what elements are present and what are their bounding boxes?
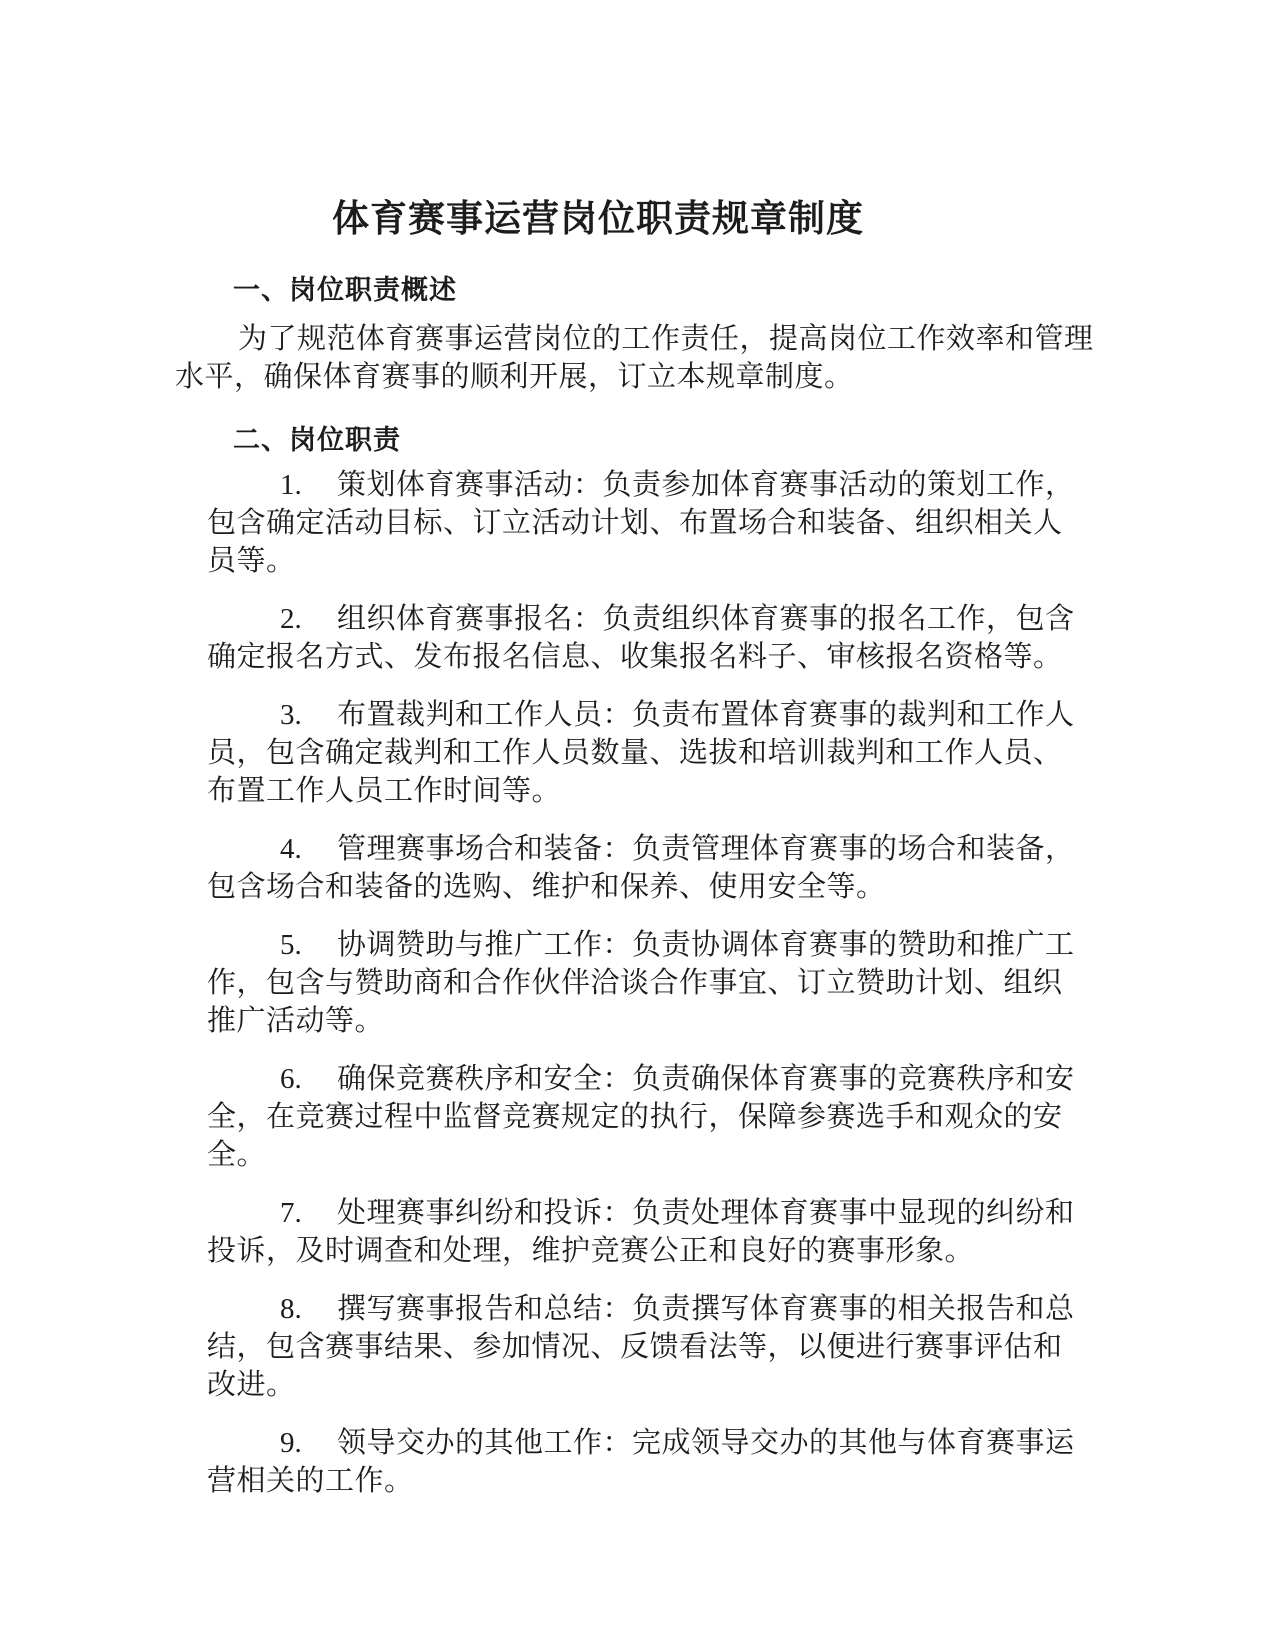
duty-item-1-number: 1. (280, 466, 337, 504)
duty-item-5: 5.协调赞助与推广工作：负责协调体育赛事的赞助和推广工 作，包含与赞助商和合作伙… (207, 926, 1135, 1040)
document-title: 体育赛事运营岗位职责规章制度 (175, 196, 1021, 244)
duty-item-1: 1.策划体育赛事活动：负责参加体育赛事活动的策划工作， 包含确定活动目标、订立活… (207, 466, 1135, 580)
duty-item-5-number: 5. (280, 926, 337, 964)
duty-item-8-number: 8. (280, 1290, 337, 1328)
duty-item-2-text: 组织体育赛事报名：负责组织体育赛事的报名工作，包含 确定报名方式、发布报名信息、… (207, 603, 1075, 673)
duty-item-3: 3.布置裁判和工作人员：负责布置体育赛事的裁判和工作人 员，包含确定裁判和工作人… (207, 696, 1135, 810)
document-page: 体育赛事运营岗位职责规章制度 一、岗位职责概述 为了规范体育赛事运营岗位的工作责… (0, 0, 1135, 1500)
duty-item-8: 8.撰写赛事报告和总结：负责撰写体育赛事的相关报告和总 结，包含赛事结果、参加情… (207, 1290, 1135, 1404)
duty-item-2: 2.组织体育赛事报名：负责组织体育赛事的报名工作，包含 确定报名方式、发布报名信… (207, 600, 1135, 676)
duty-item-4-number: 4. (280, 830, 337, 868)
duty-item-6-number: 6. (280, 1060, 337, 1098)
duty-item-3-text: 布置裁判和工作人员：负责布置体育赛事的裁判和工作人 员，包含确定裁判和工作人员数… (207, 699, 1075, 807)
duty-item-6: 6.确保竞赛秩序和安全：负责确保体育赛事的竞赛秩序和安 全，在竞赛过程中监督竞赛… (207, 1060, 1135, 1174)
duty-item-6-text: 确保竞赛秩序和安全：负责确保体育赛事的竞赛秩序和安 全，在竞赛过程中监督竞赛规定… (207, 1063, 1075, 1171)
duty-item-4: 4.管理赛事场合和装备：负责管理体育赛事的场合和装备， 包含场合和装备的选购、维… (207, 830, 1135, 906)
section-1-paragraph: 为了规范体育赛事运营岗位的工作责任，提高岗位工作效率和管理 水平，确保体育赛事的… (175, 320, 1135, 396)
duty-item-9-text: 领导交办的其他工作：完成领导交办的其他与体育赛事运 营相关的工作。 (207, 1427, 1075, 1497)
duty-item-9-number: 9. (280, 1424, 337, 1462)
duty-item-2-number: 2. (280, 600, 337, 638)
section-1-heading: 一、岗位职责概述 (175, 270, 1135, 310)
duty-item-9: 9.领导交办的其他工作：完成领导交办的其他与体育赛事运 营相关的工作。 (207, 1424, 1135, 1500)
duty-item-7-number: 7. (280, 1194, 337, 1232)
duty-item-5-text: 协调赞助与推广工作：负责协调体育赛事的赞助和推广工 作，包含与赞助商和合作伙伴洽… (207, 929, 1075, 1037)
duty-item-4-text: 管理赛事场合和装备：负责管理体育赛事的场合和装备， 包含场合和装备的选购、维护和… (207, 833, 1075, 903)
section-2-heading: 二、岗位职责 (175, 420, 1135, 460)
duty-item-7-text: 处理赛事纠纷和投诉：负责处理体育赛事中显现的纠纷和 投诉，及时调查和处理，维护竞… (207, 1197, 1075, 1267)
duty-item-7: 7.处理赛事纠纷和投诉：负责处理体育赛事中显现的纠纷和 投诉，及时调查和处理，维… (207, 1194, 1135, 1270)
duty-item-3-number: 3. (280, 696, 337, 734)
duty-item-1-text: 策划体育赛事活动：负责参加体育赛事活动的策划工作， 包含确定活动目标、订立活动计… (207, 469, 1075, 577)
duty-item-8-text: 撰写赛事报告和总结：负责撰写体育赛事的相关报告和总 结，包含赛事结果、参加情况、… (207, 1293, 1075, 1401)
